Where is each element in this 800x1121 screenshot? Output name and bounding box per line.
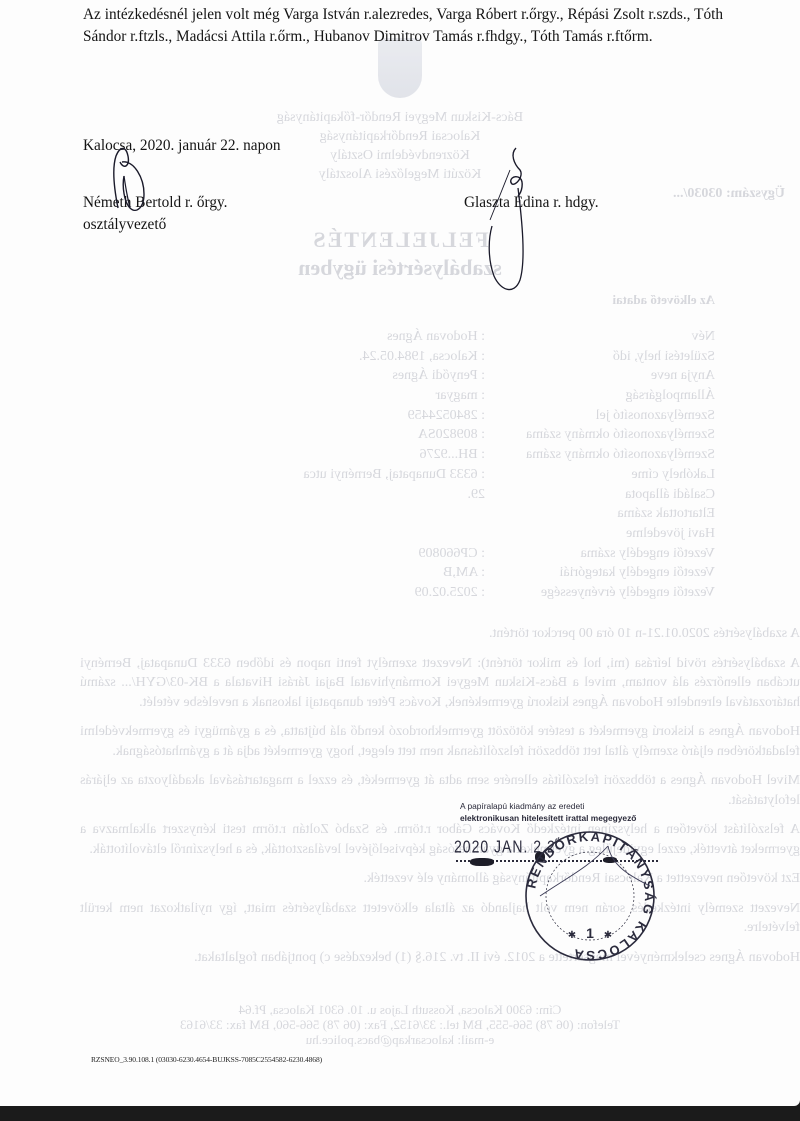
document-body: Az intézkedésnél jelen volt még Varga Is… xyxy=(0,0,800,1106)
scanned-page: Bács-Kiskun Megyei Rendőr-főkapitányság … xyxy=(0,0,800,1106)
police-seal-icon: RENDŐRKAPITÁNYSÁG KALOCSA 1 ✱ ✱ xyxy=(520,826,660,966)
signature-right-icon xyxy=(470,140,540,300)
document-reference-code: RZSNEO_3.90.108.1 (03030-6230.4654-BUJKS… xyxy=(91,1055,322,1064)
svg-text:1: 1 xyxy=(586,925,594,941)
signature-left-icon xyxy=(100,138,160,218)
svg-text:✱: ✱ xyxy=(568,930,576,941)
svg-text:RENDŐRKAPITÁNYSÁG KALOCSA: RENDŐRKAPITÁNYSÁG KALOCSA xyxy=(523,829,657,963)
svg-text:✱: ✱ xyxy=(604,930,612,941)
authentication-notice: A papíralapú kiadmány az eredeti elektro… xyxy=(460,800,660,824)
ink-mark xyxy=(470,858,494,866)
attendees-paragraph: Az intézkedésnél jelen volt még Varga Is… xyxy=(83,4,723,48)
